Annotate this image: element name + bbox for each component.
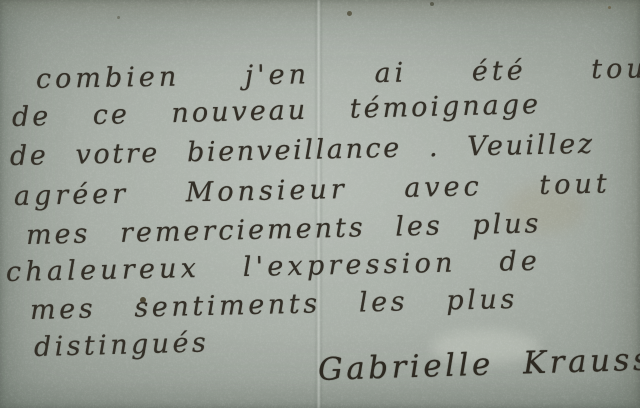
foxing-spot (430, 2, 434, 6)
handwritten-line: mes remerciements les plus (26, 208, 542, 251)
handwritten-line: combien j'en ai été touché (36, 52, 640, 95)
foxing-spot (117, 16, 120, 19)
handwritten-line: de ce nouveau témoignage (12, 89, 542, 133)
foxing-spot (347, 11, 352, 16)
handwritten-line: mes sentiments les plus (30, 284, 519, 326)
handwritten-line: de votre bienveillance . Veuillez (10, 129, 595, 172)
signature: Gabrielle Krauss (317, 342, 640, 388)
handwritten-line: chaleureux l'expression de (6, 246, 542, 288)
handwritten-line: distingués (34, 327, 210, 363)
letter-paper: combien j'en ai été touché de ce nouveau… (0, 0, 640, 408)
foxing-spot (608, 6, 611, 9)
